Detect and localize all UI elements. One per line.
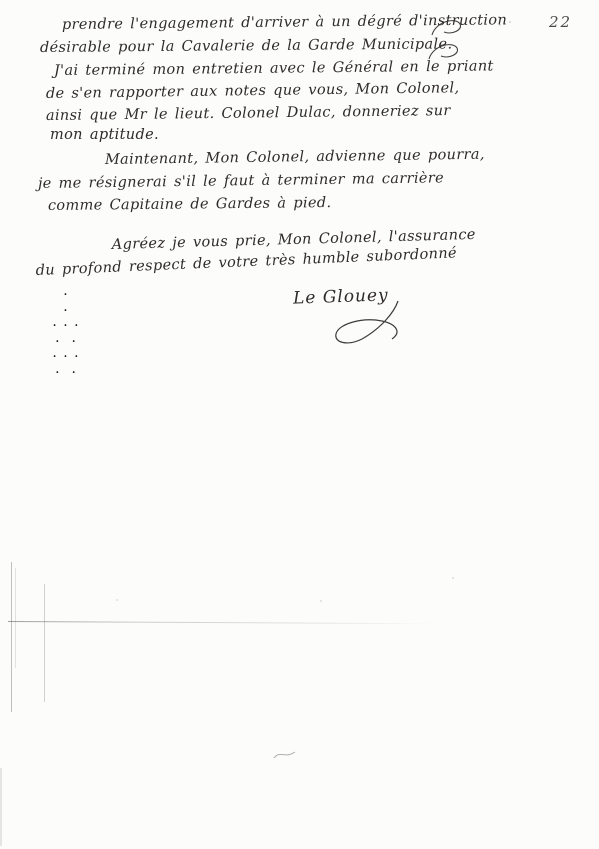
- dot-row: ·: [50, 288, 82, 304]
- scan-artifact-vertical-line: [11, 562, 12, 712]
- dot-row: · · ·: [50, 319, 82, 335]
- ink-flourish-icon: [430, 15, 464, 39]
- ink-dot-marks: · · · · · · · · · · · ·: [50, 288, 82, 381]
- letter-line: ainsi que Mr le lieut. Colonel Dulac, do…: [46, 103, 451, 124]
- faint-ink-squiggle: [272, 748, 298, 762]
- letter-line: de s'en rapporter aux notes que vous, Mo…: [46, 80, 460, 102]
- letter-line: désirable pour la Cavalerie de la Garde …: [40, 36, 453, 56]
- page-number: 22: [549, 13, 572, 31]
- scan-edge-smudge: [0, 768, 2, 846]
- ink-flourish-icon: [427, 39, 461, 63]
- letter-line: mon aptitude.: [50, 127, 159, 143]
- paper-speck: [320, 600, 322, 602]
- scan-artifact-horizontal-line: [8, 621, 436, 624]
- scan-artifact-vertical-line: [15, 568, 16, 668]
- scanned-letter-page: 22 prendre l'engagement d'arriver à un d…: [0, 0, 599, 849]
- letter-line: comme Capitaine de Gardes à pied.: [48, 195, 332, 214]
- letter-line: du profond respect de votre très humble …: [35, 245, 457, 279]
- signature-flourish-icon: [328, 299, 414, 349]
- dot-row: · ·: [50, 335, 82, 351]
- dot-row: · · ·: [50, 350, 82, 366]
- letter-line: je me résignerai s'il le faut à terminer…: [38, 170, 444, 192]
- paper-speck: [452, 577, 454, 579]
- dot-row: · ·: [50, 366, 82, 382]
- dot-row: ·: [50, 304, 82, 320]
- letter-line: Maintenant, Mon Colonel, advienne que po…: [105, 147, 485, 168]
- scan-artifact-vertical-line: [44, 584, 45, 702]
- paper-speck: [116, 599, 118, 601]
